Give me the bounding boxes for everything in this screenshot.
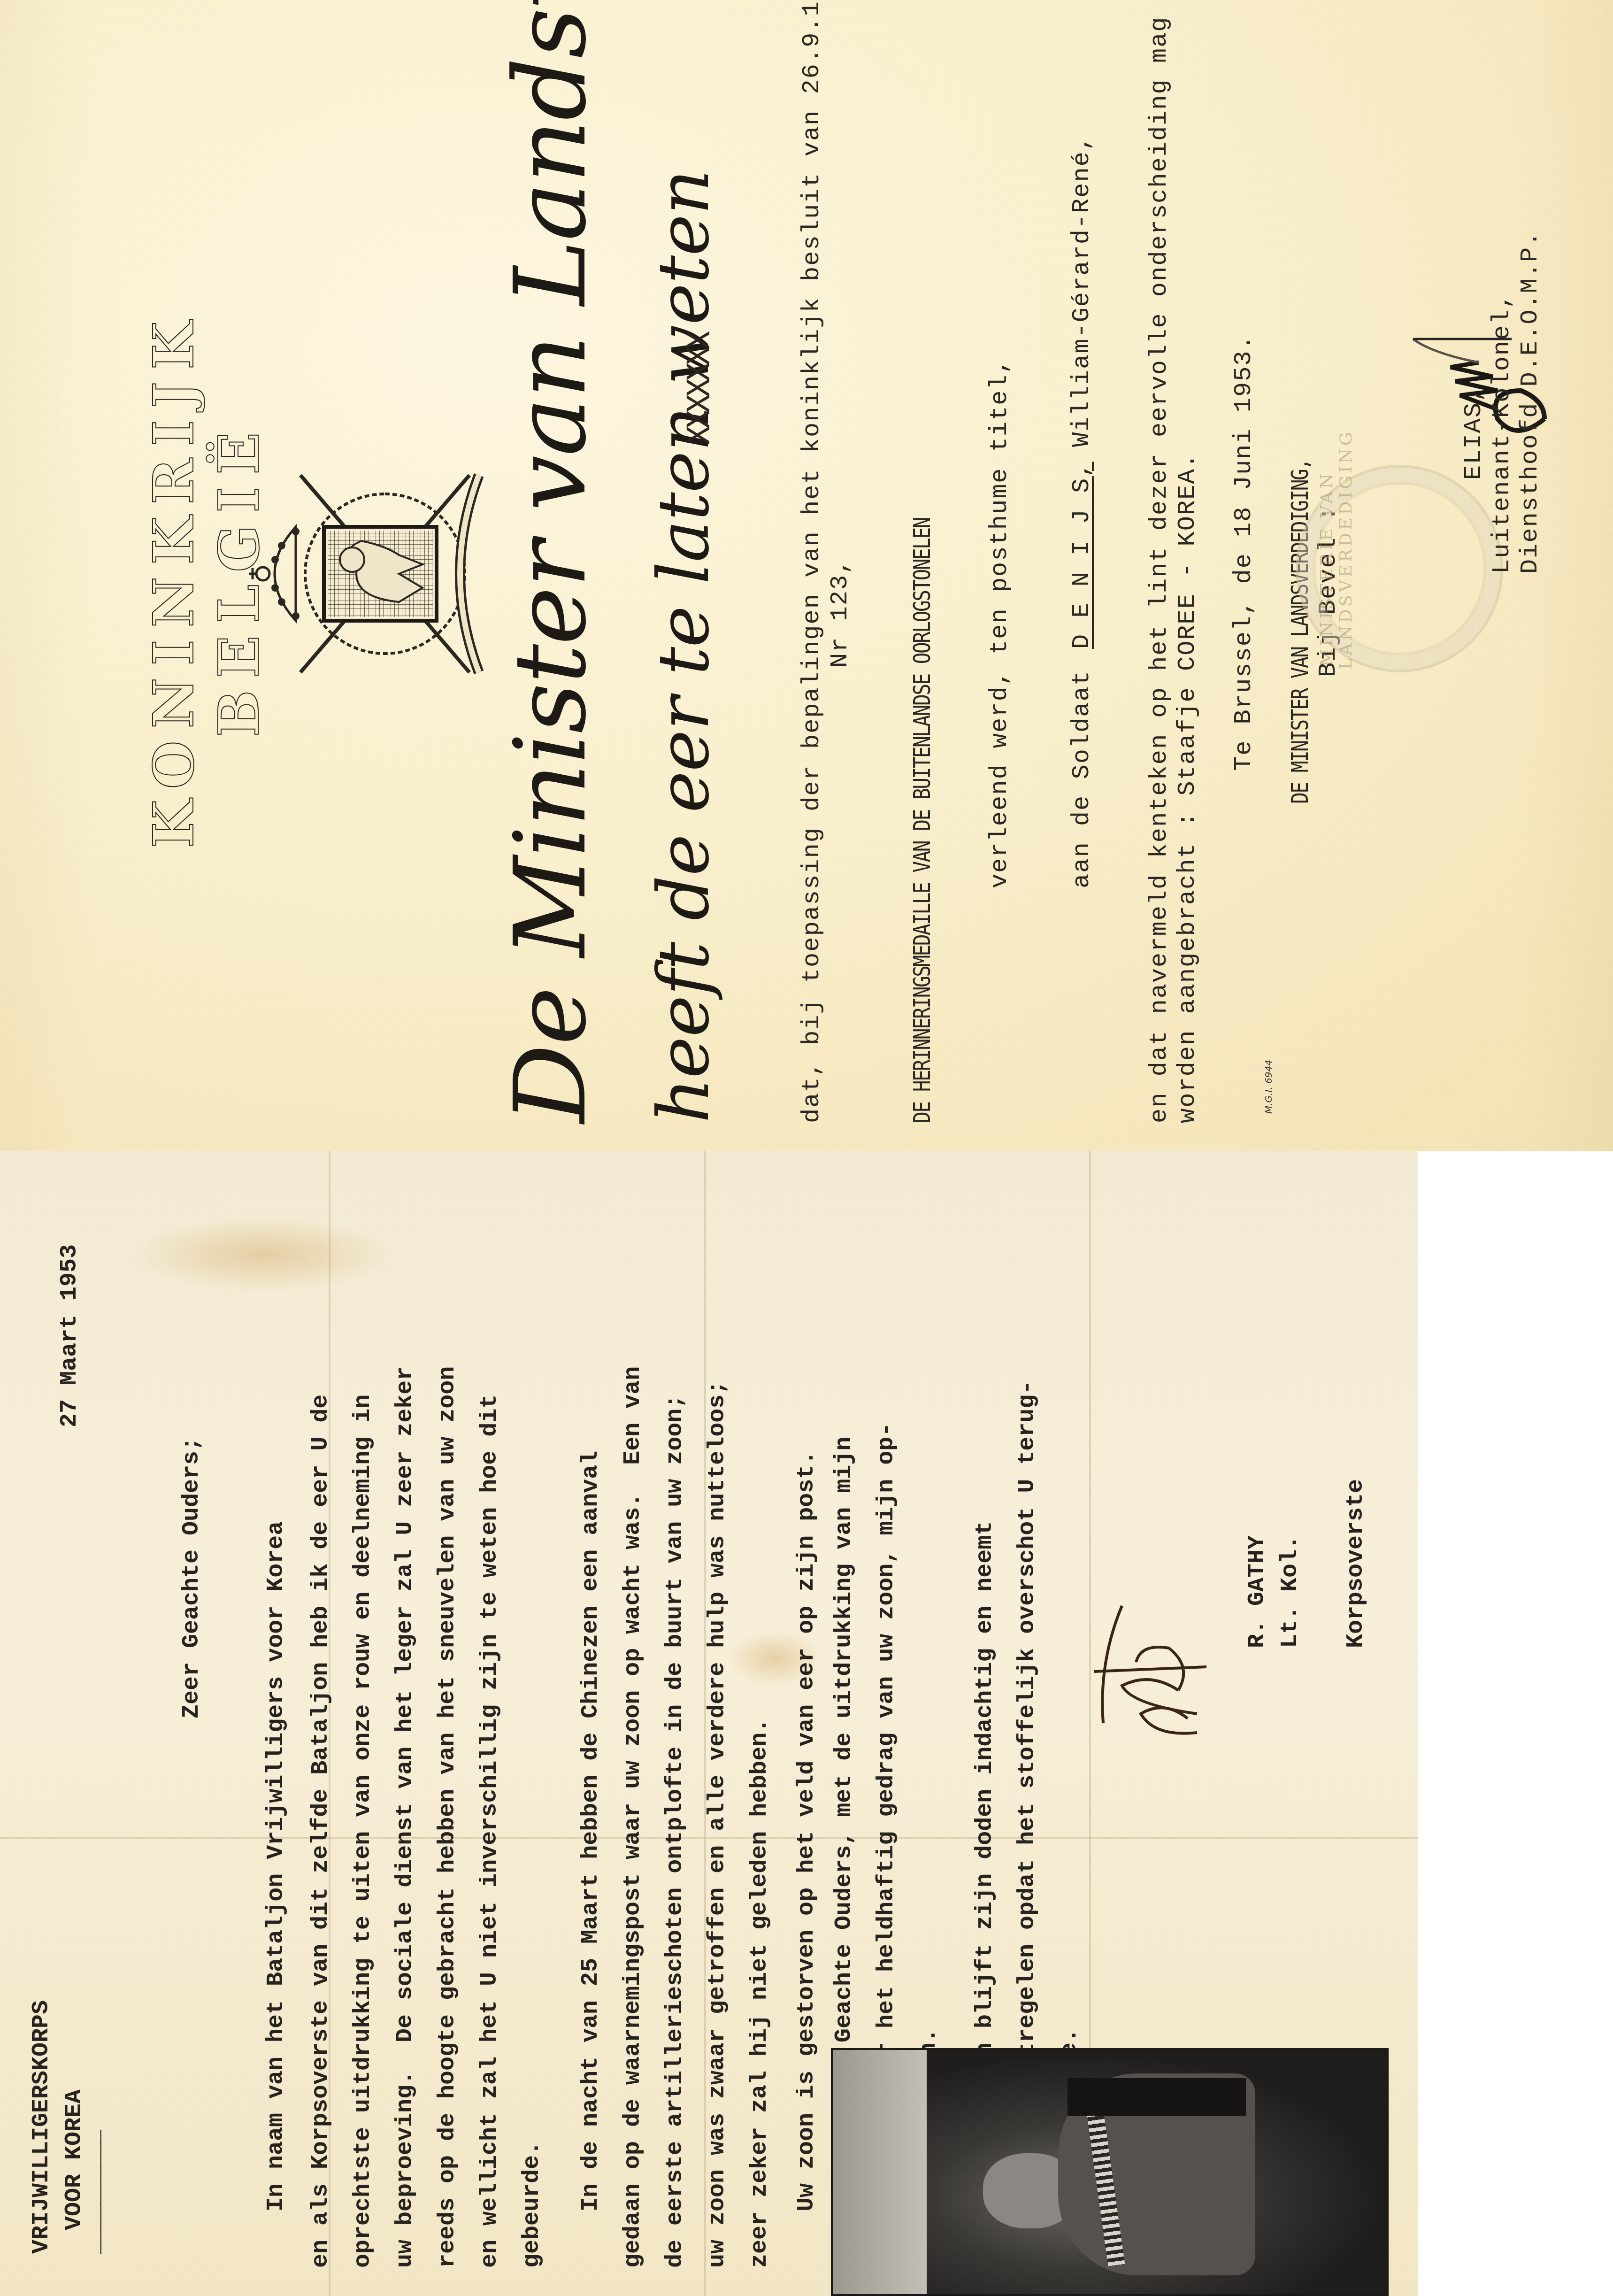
signatory-role: Diensthoofd D.E.O.M.P.	[1516, 231, 1544, 574]
signatory-name: R. GATHY	[1244, 1535, 1271, 1648]
clasp-line: worden aangebracht : Staafje COREE - KOR…	[1174, 453, 1201, 1123]
paragraph-line: zeer zeker zal hij niet geleden hebben.	[746, 1718, 773, 2268]
paragraph-line: gedaan op de waarnemingspost waar uw zoo…	[620, 1366, 646, 2268]
certificate-subheading: heeft de eer te laten weten	[643, 170, 725, 1123]
letterhead-title: KONINKRIJK BELGIË	[141, 203, 235, 954]
certificate-document: KONINKRIJK BELGIË	[0, 0, 1613, 1151]
body-line: Nr 123,	[826, 559, 854, 668]
signatory-name: ELIAS,	[1460, 386, 1488, 480]
paragraph-line: uw beproeving. De sociale dienst van het…	[392, 1366, 419, 2268]
place-date: Te Brussel, de 18 Juni 1953.	[1230, 334, 1258, 771]
medal-name: DE HERINNERINGSMEDAILLE VAN DE BUITENLAN…	[908, 518, 936, 1123]
letter-date: 27 Maart 1953	[56, 1244, 83, 1427]
paragraph-line: reeds op de hoogte gebracht hebben van h…	[434, 1366, 461, 2268]
signatory-rank: Lt. Kol.	[1277, 1535, 1304, 1648]
recipient-given-names: William-Gérard-René,	[1068, 135, 1096, 447]
paragraph-line: Uw zoon is gestorven op het veld van eer…	[793, 1451, 820, 2268]
salutation: Zeer Geachte Ouders;	[178, 1437, 205, 1718]
signatory-rank: Luitenant-Kolonel,	[1488, 293, 1516, 574]
paragraph-line: uw zoon was zwaar getroffen en alle verd…	[704, 1380, 731, 2268]
certificate-rotated-content: KONINKRIJK BELGIË	[0, 0, 1613, 1151]
body-line: dat, bij toepassing der bepalingen van h…	[798, 0, 826, 1123]
certificate-heading: De Minister van Landsverdediging	[493, 0, 608, 1123]
signatory-role: Korpsoverste	[1343, 1479, 1369, 1648]
letter-rotated-content: VRIJWILLIGERSKORPS VOOR KOREA __________…	[0, 1151, 1418, 2296]
paragraph-line: In de nacht van 25 Maart hebben de Chine…	[577, 1451, 604, 2268]
battalion-letter-document: VRIJWILLIGERSKORPS VOOR KOREA __________…	[0, 1151, 1418, 2296]
signature-gathy-icon	[1084, 1601, 1206, 1742]
recipient-label: aan de Soldaat	[1068, 670, 1096, 888]
paragraph-line: oprechtste uitdrukking te uiten van onze…	[350, 1395, 376, 2268]
body-line: verleend werd, ten posthume titel,	[986, 358, 1014, 888]
sender-line: VRIJWILLIGERSKORPS	[28, 2000, 55, 2254]
struck-out-text: XXXXXXX	[681, 334, 717, 445]
printer-mark: M.G.I. 6944	[1263, 1060, 1274, 1114]
body-line: en dat navermeld kenteken op het lint de…	[1145, 16, 1173, 1123]
coat-of-arms-icon	[244, 456, 488, 691]
paragraph-line: en wellicht zal het U niet inverschillig…	[476, 1395, 503, 2268]
paragraph-line: de eerste artillerieschoten ontplofte in…	[662, 1395, 689, 2268]
paragraph-line: In naam van het Bataljon Vrijwilligers v…	[263, 1521, 290, 2268]
paragraph-line: gebeurde.	[519, 2141, 545, 2268]
embossed-seal-icon: MINISTERIE VAN LANDSVERDEDIGING	[1296, 465, 1503, 672]
soldier-photograph	[831, 2048, 1389, 2296]
issuing-authority: DE MINISTER VAN LANDSVERDEDIGING,	[1286, 460, 1313, 804]
recipient-surname: D E N I J S,	[1068, 462, 1096, 649]
paragraph-line: en als Korpsoverste van dit zelfde Batal…	[307, 1395, 334, 2268]
